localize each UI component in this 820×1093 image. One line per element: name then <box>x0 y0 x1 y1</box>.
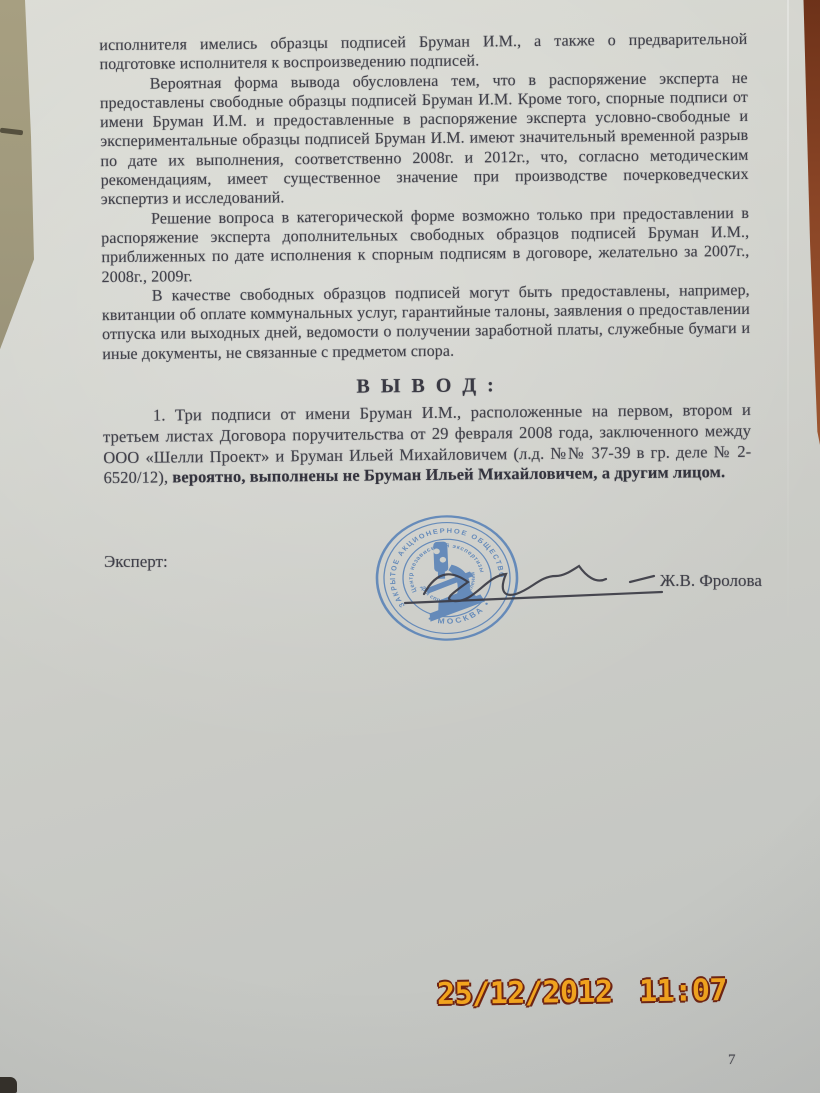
signature-line <box>405 592 662 603</box>
paper-crease <box>787 0 789 640</box>
body-paragraph: Решение вопроса в категорической форме в… <box>101 204 750 287</box>
expert-label: Эксперт: <box>104 552 168 572</box>
table-surface-left <box>0 0 40 360</box>
expert-name: Ж.В. Фролова <box>660 571 762 591</box>
body-paragraph: исполнителя имелись образцы подписей Бру… <box>99 30 747 75</box>
conclusion-paragraph: 1. Три подписи от имени Бруман И.М., рас… <box>103 400 752 489</box>
camera-timestamp: 25/12/2012 11:07 <box>437 973 727 1012</box>
page-number: 7 <box>728 1052 736 1069</box>
table-surface-right <box>798 0 820 445</box>
corner-dark-object <box>0 1077 17 1093</box>
body-paragraph: В качестве свободных образцов подписей м… <box>102 281 751 364</box>
conclusion-text-bold: вероятно, выполнены не Бруман Ильей Миха… <box>172 462 725 486</box>
document-photo: исполнителя имелись образцы подписей Бру… <box>0 0 820 1093</box>
body-paragraph: Вероятная форма вывода обусловлена тем, … <box>100 68 749 209</box>
conclusion-heading: В Ы В О Д : <box>103 374 751 400</box>
document-text-block: исполнителя имелись образцы подписей Бру… <box>99 30 751 489</box>
signature-dash <box>630 576 654 582</box>
